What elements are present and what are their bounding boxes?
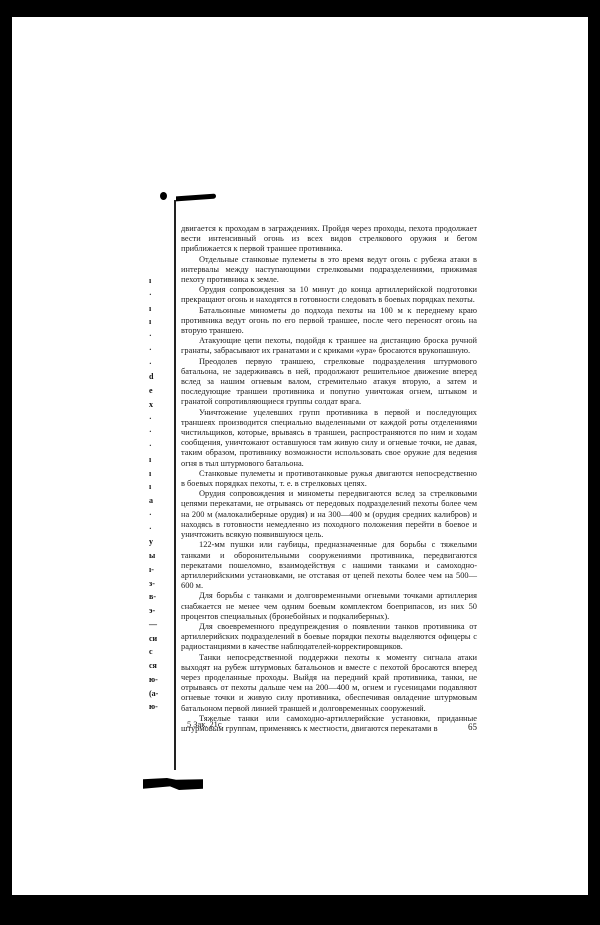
paragraph: Орудия сопровождения за 10 минут до конц… — [181, 285, 477, 305]
paragraph: Танки непосредственной поддержки пехоты … — [181, 653, 477, 714]
paragraph: Для своевременного предупреждения о появ… — [181, 622, 477, 653]
margin-fragment: э- — [149, 607, 155, 615]
paragraph: Тяжелые танки или самоходно-артиллерийск… — [181, 714, 477, 734]
margin-fragment: ı — [149, 318, 151, 326]
margin-fragment: · — [149, 442, 152, 450]
margin-fragment: ю- — [149, 703, 158, 711]
scanned-page: ı·ıı···dex···ıııa··yыı-з-в-э-—сиссяю-(а-… — [12, 17, 588, 895]
margin-fragment: e — [149, 387, 153, 395]
margin-fragment: · — [149, 511, 152, 519]
paragraph: Отдельные станковые пулеметы в это время… — [181, 255, 477, 286]
margin-fragment: — — [149, 621, 157, 629]
margin-fragment: ı — [149, 305, 151, 313]
paragraph: Батальонные минометы до подхода пехоты н… — [181, 306, 477, 337]
paragraph: Атакующие цепи пехоты, подойдя к траншее… — [181, 336, 477, 356]
margin-fragment: ы — [149, 552, 155, 560]
binding-line — [174, 200, 176, 770]
margin-fragment: · — [149, 428, 152, 436]
margin-fragment: ı — [149, 456, 151, 464]
printer-signature: 5 Зак. 21с — [187, 720, 222, 729]
body-text: двигается к проходам в заграждениях. Про… — [181, 224, 477, 734]
margin-fragment: с — [149, 648, 153, 656]
margin-fragment: a — [149, 497, 153, 505]
binding-mark-top — [176, 194, 216, 202]
margin-fragment: (а- — [149, 690, 158, 698]
paragraph: Станковые пулеметы и противотанковые руж… — [181, 469, 477, 489]
margin-fragment: x — [149, 401, 153, 409]
paragraph: 122-мм пушки или гаубицы, предназначенны… — [181, 540, 477, 591]
margin-fragment: ı- — [149, 566, 154, 574]
paragraph: двигается к проходам в заграждениях. Про… — [181, 224, 477, 255]
page-number: 65 — [468, 722, 477, 732]
margin-fragment: ся — [149, 662, 157, 670]
margin-fragment: з- — [149, 580, 155, 588]
margin-fragment: · — [149, 291, 152, 299]
paragraph: Для борьбы с танками и долговременными о… — [181, 591, 477, 622]
margin-fragment: · — [149, 525, 152, 533]
margin-fragment: ю- — [149, 676, 158, 684]
margin-fragment: ı — [149, 277, 151, 285]
margin-fragment: ı — [149, 483, 151, 491]
paragraph: Орудия сопровождения и минометы передвиг… — [181, 489, 477, 540]
binding-mark-dot — [160, 192, 167, 200]
margin-fragment: · — [149, 332, 152, 340]
margin-fragment: ı — [149, 470, 151, 478]
margin-fragment: · — [149, 415, 152, 423]
binding-mark-foot — [143, 778, 203, 790]
margin-fragment: d — [149, 373, 153, 381]
margin-fragment: си — [149, 635, 157, 643]
margin-fragment: y — [149, 538, 153, 546]
margin-fragment: · — [149, 346, 152, 354]
paragraph: Преодолев первую траншею, стрелковые под… — [181, 357, 477, 408]
margin-fragment: · — [149, 360, 152, 368]
paragraph: Уничтожение уцелевших групп противника в… — [181, 408, 477, 469]
margin-fragment: в- — [149, 593, 156, 601]
